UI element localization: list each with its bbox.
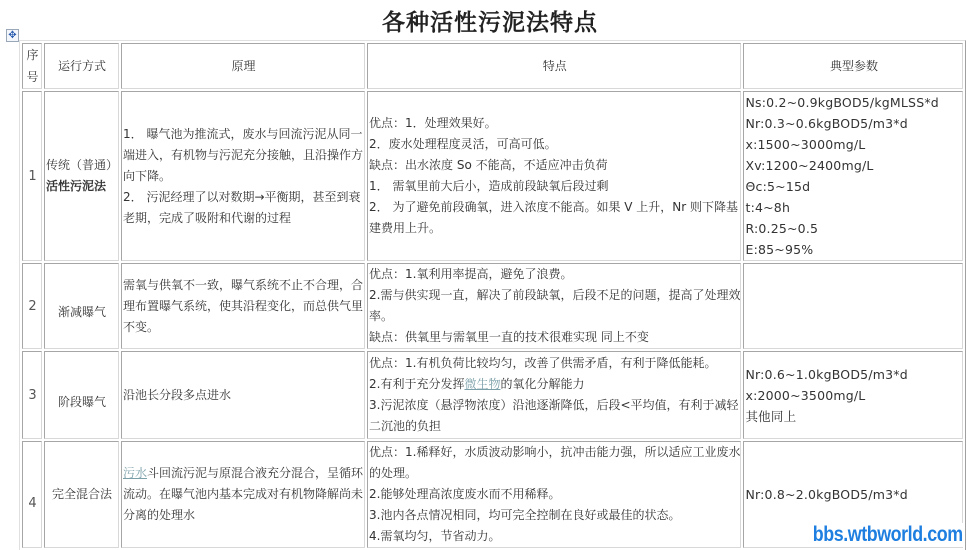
feature-line: 1． 需氧里前大后小，造成前段缺氧后段过剩 <box>369 176 740 197</box>
header-mode: 运行方式 <box>44 43 119 89</box>
principle-cell: 需氧与供氧不一致，曝气系统不止不合理，合 理布置曝气系统，使其沿程变化，而总供气… <box>121 263 365 349</box>
row-number: 1 <box>22 91 42 261</box>
feature-line: 优点：1.有机负荷比较均匀，改善了供需矛盾，有利于降低能耗。 <box>369 353 740 374</box>
principle-line: 端进入，有机物与污泥充分接触，且沿操作方 <box>123 145 364 166</box>
table-row: 2 渐减曝气 需氧与供氧不一致，曝气系统不止不合理，合 理布置曝气系统，使其沿程… <box>22 263 963 349</box>
params-cell <box>743 263 963 349</box>
mode-cell: 渐减曝气 <box>44 263 119 349</box>
feature-text: 2.有利于充分发挥 <box>369 377 464 391</box>
features-table: 序号 运行方式 原理 特点 典型参数 1 传统（普通） 活性污泥法 1． 曝气池… <box>19 40 966 550</box>
header-seq: 序号 <box>22 43 42 89</box>
feature-line: 2.需与供实现一直，解决了前段缺氧，后段不足的问题，提高了处理效 <box>369 285 740 306</box>
param-line: 其他同上 <box>745 406 962 427</box>
move-cross-icon[interactable]: ✥ <box>6 29 19 42</box>
mode-line-bold: 活性污泥法 <box>46 176 118 197</box>
param-line: E:85~95% <box>745 239 962 260</box>
microorganism-link[interactable]: 微生物 <box>464 377 500 391</box>
row-number: 2 <box>22 263 42 349</box>
table-row: 3 阶段曝气 沿池长分段多点进水 优点：1.有机负荷比较均匀，改善了供需矛盾，有… <box>22 351 963 439</box>
param-line: x:1500~3000mg/L <box>745 134 962 155</box>
principle-line: 污水斗回流污泥与原混合液充分混合，呈循环 <box>123 463 364 484</box>
principle-line: 2． 污泥经理了以对数期→平衡期，甚至到衰 <box>123 187 364 208</box>
principle-line: 分离的处理水 <box>123 505 364 526</box>
header-features: 特点 <box>367 43 741 89</box>
principle-line: 需氧与供氧不一致，曝气系统不止不合理，合 <box>123 275 364 296</box>
features-cell: 优点：1.有机负荷比较均匀，改善了供需矛盾，有利于降低能耗。 2.有利于充分发挥… <box>367 351 741 439</box>
feature-text: 的氧化分解能力 <box>500 377 584 391</box>
mode-line: 渐减曝气 <box>46 290 118 323</box>
feature-line: 的处理。 <box>369 463 740 484</box>
param-line: Θc:5~15d <box>745 176 962 197</box>
mode-cell: 阶段曝气 <box>44 351 119 439</box>
feature-line: 4.需氧均匀，节省动力。 <box>369 526 740 547</box>
feature-line: 优点：1．处理效果好。 <box>369 113 740 134</box>
principle-text: 斗回流污泥与原混合液充分混合，呈循环 <box>147 466 363 480</box>
params-cell: Ns:0.2~0.9kgBOD5/kgMLSS*d Nr:0.3~0.6kgBO… <box>743 91 963 261</box>
feature-line: 率。 <box>369 306 740 327</box>
feature-line: 缺点：出水浓度 So 不能高，不适应冲击负荷 <box>369 155 740 176</box>
principle-line: 不变。 <box>123 317 364 338</box>
param-line: t:4~8h <box>745 197 962 218</box>
header-params: 典型参数 <box>743 43 963 89</box>
feature-line: 二沉池的负担 <box>369 416 740 437</box>
principle-line: 老期，完成了吸附和代谢的过程 <box>123 208 364 229</box>
param-line: Xv:1200~2400mg/L <box>745 155 962 176</box>
principle-cell: 1． 曝气池为推流式，废水与回流污泥从同一 端进入，有机物与污泥充分接触，且沿操… <box>121 91 365 261</box>
feature-line: 优点：1.稀释好，水质波动影响小，抗冲击能力强，所以适应工业废水 <box>369 442 740 463</box>
row-number: 4 <box>22 441 42 548</box>
feature-line: 优点：1.氧利用率提高，避免了浪费。 <box>369 264 740 285</box>
features-cell: 优点：1.氧利用率提高，避免了浪费。 2.需与供实现一直，解决了前段缺氧，后段不… <box>367 263 741 349</box>
principle-line: 向下降。 <box>123 166 364 187</box>
param-line: Nr:0.6~1.0kgBOD5/m3*d <box>745 364 962 385</box>
feature-line: 3.池内各点情况相同，均可完全控制在良好或最佳的状态。 <box>369 505 740 526</box>
mode-cell: 完全混合法 <box>44 441 119 548</box>
param-line: x:2000~3500mg/L <box>745 385 962 406</box>
features-cell: 优点：1.稀释好，水质波动影响小，抗冲击能力强，所以适应工业废水 的处理。 2.… <box>367 441 741 548</box>
mode-line: 完全混合法 <box>46 484 118 505</box>
table-row: 1 传统（普通） 活性污泥法 1． 曝气池为推流式，废水与回流污泥从同一 端进入… <box>22 91 963 261</box>
feature-line: 2． 为了避免前段确氧，进入浓度不能高。如果 V 上升，Nr 则下降基 <box>369 197 740 218</box>
watermark: bbs.wtbworld.com <box>811 523 964 547</box>
principle-line: 沿池长分段多点进水 <box>123 385 364 406</box>
param-line: Nr:0.8~2.0kgBOD5/m3*d <box>745 484 962 505</box>
mode-line: 阶段曝气 <box>46 378 118 413</box>
principle-line: 理布置曝气系统，使其沿程变化，而总供气里 <box>123 296 364 317</box>
feature-line: 缺点：供氧里与需氧里一直的技术很难实现 同上不变 <box>369 327 740 348</box>
principle-cell: 污水斗回流污泥与原混合液充分混合，呈循环 流动。在曝气池内基本完成对有机物降解尚… <box>121 441 365 548</box>
feature-line: 建费用上升。 <box>369 218 740 239</box>
feature-line: 2．废水处理程度灵活，可高可低。 <box>369 134 740 155</box>
param-line: R:0.25~0.5 <box>745 218 962 239</box>
feature-line: 2.有利于充分发挥微生物的氧化分解能力 <box>369 374 740 395</box>
page-title: 各种活性污泥法特点 <box>0 4 967 37</box>
row-number: 3 <box>22 351 42 439</box>
principle-line: 1． 曝气池为推流式，废水与回流污泥从同一 <box>123 124 364 145</box>
header-seq-label: 序号 <box>26 44 40 88</box>
mode-cell: 传统（普通） 活性污泥法 <box>44 91 119 261</box>
wastewater-link[interactable]: 污水 <box>123 466 147 480</box>
principle-cell: 沿池长分段多点进水 <box>121 351 365 439</box>
features-cell: 优点：1．处理效果好。 2．废水处理程度灵活，可高可低。 缺点：出水浓度 So … <box>367 91 741 261</box>
header-principle: 原理 <box>121 43 365 89</box>
feature-line: 3.污泥浓度（悬浮物浓度）沿池逐渐降低，后段<平均值，有利于减轻 <box>369 395 740 416</box>
table-header-row: 序号 运行方式 原理 特点 典型参数 <box>22 43 963 89</box>
feature-line: 2.能够处理高浓度废水而不用稀释。 <box>369 484 740 505</box>
param-line: Ns:0.2~0.9kgBOD5/kgMLSS*d <box>745 92 962 113</box>
principle-line: 流动。在曝气池内基本完成对有机物降解尚未 <box>123 484 364 505</box>
param-line: Nr:0.3~0.6kgBOD5/m3*d <box>745 113 962 134</box>
params-cell: Nr:0.6~1.0kgBOD5/m3*d x:2000~3500mg/L 其他… <box>743 351 963 439</box>
mode-line: 传统（普通） <box>46 155 118 176</box>
